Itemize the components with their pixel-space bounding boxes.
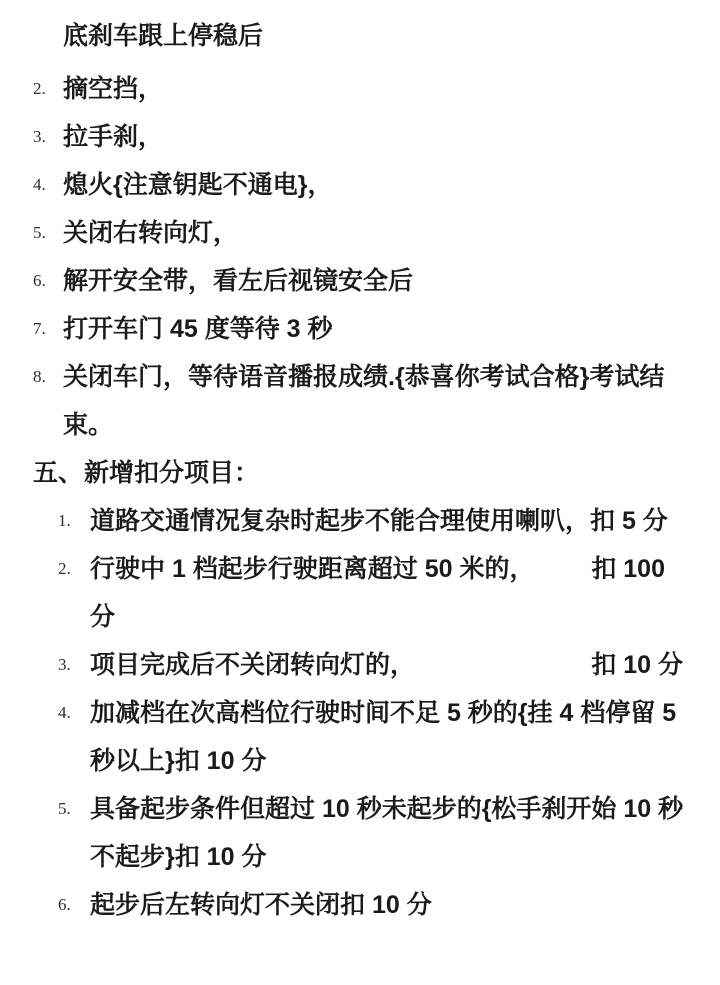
list-item: 6. 起步后左转向灯不关闭扣 10 分 (0, 881, 683, 929)
list-item: 1. 道路交通情况复杂时起步不能合理使用喇叭，扣 5 分 (0, 497, 683, 545)
list-item-text: 打开车门 45 度等待 3 秒 (63, 305, 720, 353)
list-item: 2. 摘空挡， (0, 65, 720, 113)
list-item-number: 5. (58, 785, 71, 833)
list-item-text: 拉手刹， (63, 113, 720, 161)
list-item: 4. 加减档在次高档位行驶时间不足 5 秒的{挂 4 档停留 5 秒以上}扣 1… (0, 689, 683, 785)
list-item-text: 摘空挡， (63, 65, 720, 113)
list-item-text: 加减档在次高档位行驶时间不足 5 秒的{挂 4 档停留 5 (90, 689, 683, 737)
list-item-text: 秒以上}扣 10 分 (90, 737, 683, 785)
list-item-continuation: 底刹车跟上停稳后 (63, 12, 720, 60)
list-item-number: 4. (33, 161, 46, 209)
section-title: 新增扣分项目： (84, 449, 720, 497)
deduction-value: 扣 10 分 (591, 641, 683, 689)
list-item: 4. 熄火{注意钥匙不通电}， (0, 161, 720, 209)
list-item-number: 1. (58, 497, 71, 545)
section-heading: 五、 新增扣分项目： (0, 449, 720, 497)
list-item-number: 5. (33, 209, 46, 257)
list-item-number: 7. (33, 305, 46, 353)
list-item-text: 解开安全带，看左后视镜安全后 (63, 257, 720, 305)
deduction-value: 扣 100 (591, 545, 665, 593)
list-item-text: 具备起步条件但超过 10 秒未起步的{松手刹开始 10 秒 (90, 785, 683, 833)
list-item-number: 6. (58, 881, 71, 929)
list-item-text: 起步后左转向灯不关闭扣 10 分 (90, 881, 683, 929)
list-item-text: 关闭车门，等待语音播报成绩.{恭喜你考试合格}考试结 (63, 353, 720, 401)
list-item-text: 分 (90, 593, 683, 641)
list-item-number: 2. (33, 65, 46, 113)
list-item: 3. 项目完成后不关闭转向灯的， 扣 10 分 (0, 641, 683, 689)
list-item-text: 道路交通情况复杂时起步不能合理使用喇叭，扣 5 分 (90, 497, 683, 545)
list-item-number: 8. (33, 353, 46, 401)
document-content: 底刹车跟上停稳后 2. 摘空挡， 3. 拉手刹， 4. 熄火{注意钥匙不通电}，… (0, 0, 720, 929)
list-item-number: 3. (58, 641, 71, 689)
list-item: 2. 行驶中 1 档起步行驶距离超过 50 米的， 扣 100 分 (0, 545, 683, 641)
list-item: 5. 具备起步条件但超过 10 秒未起步的{松手刹开始 10 秒 不起步}扣 1… (0, 785, 683, 881)
rule-text: 行驶中 1 档起步行驶距离超过 50 米的， (90, 545, 535, 593)
list-item-text: 项目完成后不关闭转向灯的， 扣 10 分 (90, 641, 683, 689)
list-item: 6. 解开安全带，看左后视镜安全后 (0, 257, 720, 305)
list-item: 5. 关闭右转向灯， (0, 209, 720, 257)
list-item-text: 关闭右转向灯， (63, 209, 720, 257)
list-item: 7. 打开车门 45 度等待 3 秒 (0, 305, 720, 353)
list-item-text: 行驶中 1 档起步行驶距离超过 50 米的， 扣 100 (90, 545, 683, 593)
rule-text: 项目完成后不关闭转向灯的， (90, 641, 415, 689)
list-item: 8. 关闭车门，等待语音播报成绩.{恭喜你考试合格}考试结 束。 (0, 353, 720, 449)
list-item-number: 2. (58, 545, 71, 593)
section-number: 五、 (33, 449, 83, 497)
document-page: 底刹车跟上停稳后 2. 摘空挡， 3. 拉手刹， 4. 熄火{注意钥匙不通电}，… (0, 0, 720, 985)
list-item-text: 熄火{注意钥匙不通电}， (63, 161, 720, 209)
list-item-number: 4. (58, 689, 71, 737)
list-item-text: 束。 (63, 401, 720, 449)
list-item-number: 6. (33, 257, 46, 305)
list-item: 3. 拉手刹， (0, 113, 720, 161)
list-item-text: 不起步}扣 10 分 (90, 833, 683, 881)
list-item-number: 3. (33, 113, 46, 161)
